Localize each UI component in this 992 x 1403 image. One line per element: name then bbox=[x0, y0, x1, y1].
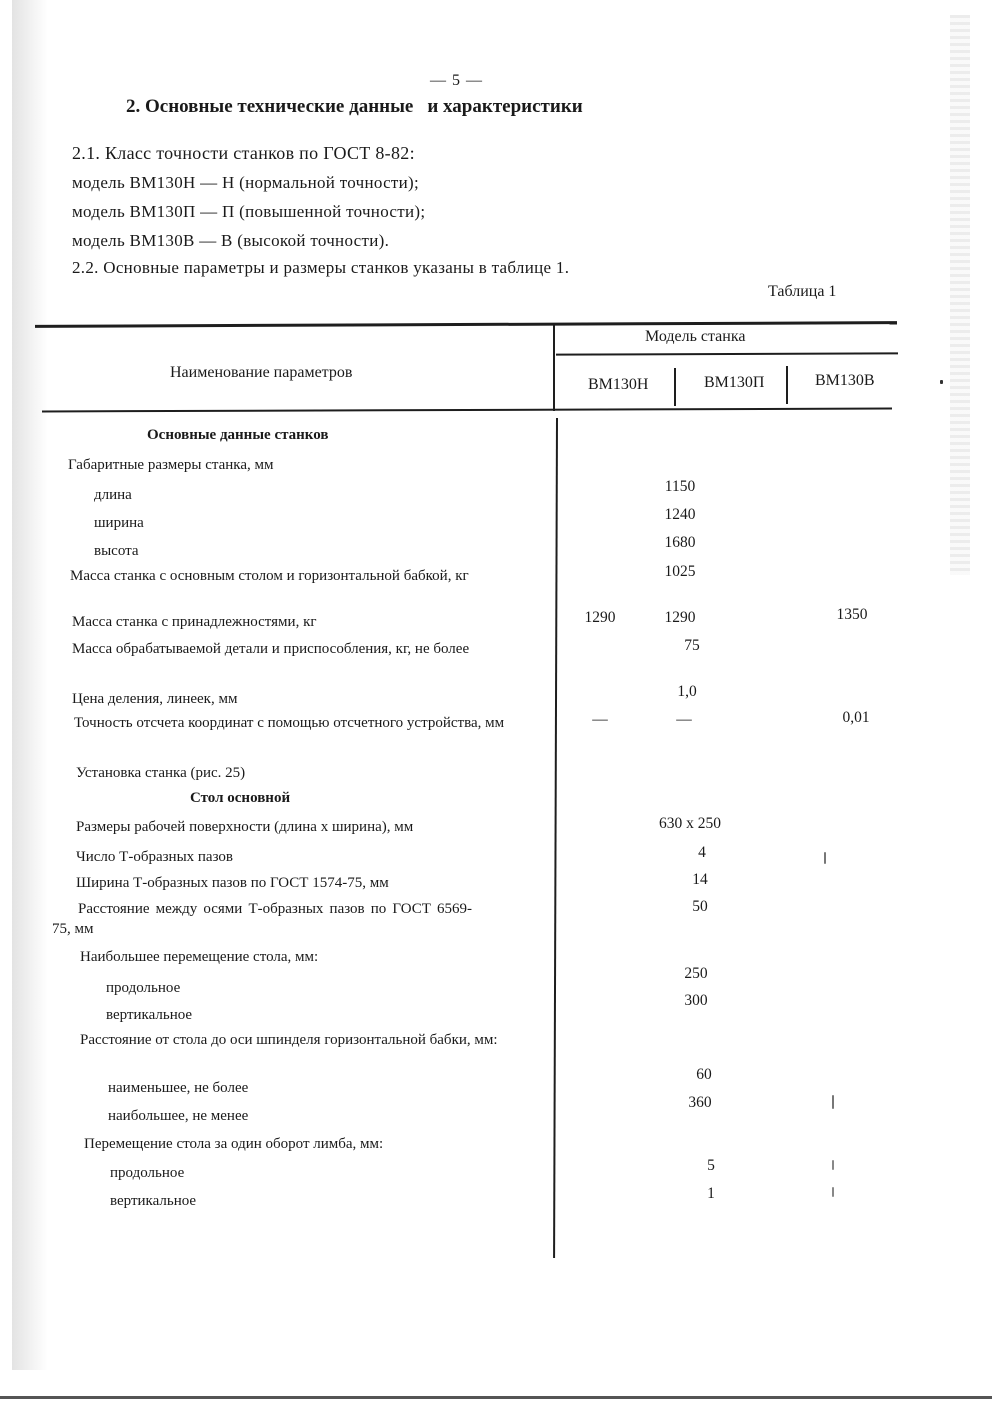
value-reading-accuracy-bm130h: — bbox=[560, 711, 640, 729]
value-mass-accessories-bm130h: 1290 bbox=[560, 609, 640, 627]
row-label-scale-division: Цена деления, линеек, мм bbox=[72, 688, 237, 711]
row-label-max-table-travel: Наибольшее перемещение стола, мм: bbox=[80, 946, 318, 969]
value-mass-accessories-bm130b: 1350 bbox=[812, 606, 892, 624]
row-label-reading-accuracy: Точность отсчета координат с помощью отс… bbox=[52, 712, 558, 734]
value-length: 1150 bbox=[640, 478, 720, 496]
value-work-surface: 630 x 250 bbox=[650, 815, 730, 833]
body-divider bbox=[553, 418, 557, 1258]
section-heading-main-data: Основные данные станков bbox=[147, 427, 328, 444]
row-label-travel-per-dial-turn: Перемещение стола за один оборот лимба, … bbox=[84, 1133, 383, 1156]
section-title-part1: 2. Основные технические данные bbox=[126, 96, 413, 117]
value-dial-vertical: 1 bbox=[671, 1185, 751, 1203]
row-label-workpiece-mass: Масса обрабатываемой детали и приспособл… bbox=[52, 638, 558, 660]
paragraph-accuracy-class: 2.1. Класс точности станков по ГОСТ 8-82… bbox=[72, 143, 415, 164]
section-heading-main-table: Стол основной bbox=[190, 790, 290, 807]
param-column-header: Наименование параметров bbox=[170, 364, 352, 382]
section-title-part2: и характеристики bbox=[427, 96, 582, 117]
scan-speck bbox=[824, 852, 826, 864]
model-divider-1 bbox=[674, 368, 676, 406]
model-header-bm130h: ВМ130Н bbox=[588, 376, 648, 394]
page-number: — 5 — bbox=[430, 72, 483, 90]
value-reading-accuracy-bm130b: 0,01 bbox=[816, 709, 896, 727]
scan-artifact-right bbox=[950, 15, 970, 575]
scan-speck bbox=[832, 1187, 834, 1197]
value-distance-max: 360 bbox=[660, 1094, 740, 1112]
value-height: 1680 bbox=[640, 534, 720, 552]
model-header-bm130p: ВМ130П bbox=[704, 374, 764, 392]
row-label-length: длина bbox=[94, 484, 132, 507]
table-caption: Таблица 1 bbox=[768, 283, 836, 301]
paragraph-model-h: модель ВМ130Н — Н (нормальной точности); bbox=[72, 173, 419, 193]
value-t-slot-count: 4 bbox=[662, 844, 742, 862]
value-mass-base: 1025 bbox=[640, 563, 720, 581]
row-label-height: высота bbox=[94, 540, 139, 563]
row-label-t-slot-spacing: Расстояние между осями Т-образных пазов … bbox=[52, 899, 472, 939]
row-label-table-to-spindle: Расстояние от стола до оси шпинделя гори… bbox=[56, 1029, 570, 1051]
value-travel-longitudinal: 250 bbox=[656, 965, 736, 983]
scan-speck bbox=[832, 1160, 834, 1170]
paragraph-table-reference: 2.2. Основные параметры и размеры станко… bbox=[72, 258, 569, 278]
value-t-slot-spacing: 50 bbox=[660, 898, 740, 916]
scan-speck bbox=[940, 380, 943, 384]
scan-edge-bottom bbox=[0, 1396, 992, 1399]
row-label-distance-max: наибольшее, не менее bbox=[108, 1105, 248, 1128]
row-label-overall-dimensions: Габаритные размеры станка, мм bbox=[68, 454, 273, 477]
row-label-work-surface: Размеры рабочей поверхности (длина х шир… bbox=[76, 816, 413, 839]
header-bottom-rule bbox=[42, 408, 892, 413]
model-group-rule bbox=[556, 352, 898, 355]
scan-shadow-left bbox=[12, 0, 48, 1370]
value-scale-division: 1,0 bbox=[647, 683, 727, 701]
paragraph-model-b: модель ВМ130В — В (высокой точности). bbox=[72, 231, 389, 251]
row-label-dial-longitudinal: продольное bbox=[110, 1162, 184, 1185]
value-t-slot-width: 14 bbox=[660, 871, 740, 889]
model-divider-2 bbox=[786, 366, 788, 404]
row-label-t-slot-count: Число Т-образных пазов bbox=[76, 846, 233, 869]
model-group-header: Модель станка bbox=[645, 328, 745, 346]
value-travel-vertical: 300 bbox=[656, 992, 736, 1010]
table-top-rule bbox=[35, 321, 897, 328]
row-label-mass-base: Масса станка с основным столом и горизон… bbox=[52, 566, 552, 587]
row-label-width: ширина bbox=[94, 512, 144, 535]
paragraph-model-p: модель ВМ130П — П (повышенной точности); bbox=[72, 202, 425, 222]
row-label-travel-vertical: вертикальное bbox=[106, 1004, 192, 1027]
value-reading-accuracy-bm130p: — bbox=[644, 711, 724, 729]
header-divider bbox=[553, 325, 555, 411]
model-header-bm130b: ВМ130В bbox=[815, 372, 875, 390]
row-label-mass-accessories: Масса станка с принадлежностями, кг bbox=[72, 611, 317, 634]
row-label-dial-vertical: вертикальное bbox=[110, 1190, 196, 1213]
value-distance-min: 60 bbox=[664, 1066, 744, 1084]
section-title: 2. Основные технические данныеи характер… bbox=[126, 96, 583, 118]
row-label-machine-installation: Установка станка (рис. 25) bbox=[76, 762, 245, 785]
row-label-t-slot-width: Ширина Т-образных пазов по ГОСТ 1574-75,… bbox=[76, 872, 389, 895]
value-mass-accessories-bm130p: 1290 bbox=[640, 609, 720, 627]
row-label-travel-longitudinal: продольное bbox=[106, 977, 180, 1000]
value-workpiece-mass: 75 bbox=[652, 637, 732, 655]
scan-speck bbox=[832, 1095, 834, 1109]
value-width: 1240 bbox=[640, 506, 720, 524]
value-dial-longitudinal: 5 bbox=[671, 1157, 751, 1175]
row-label-distance-min: наименьшее, не более bbox=[108, 1077, 248, 1100]
